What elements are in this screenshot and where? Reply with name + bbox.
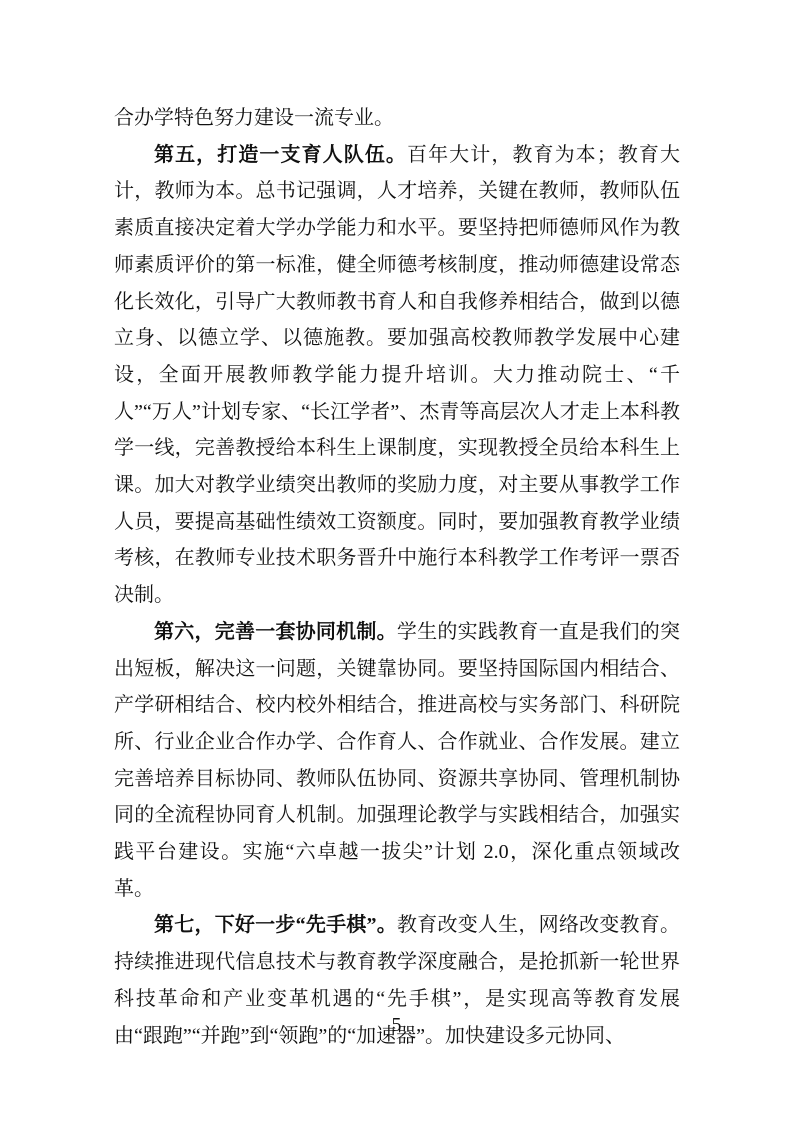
paragraph-text: 合办学特色努力建设一流专业。 [114, 107, 394, 129]
document-page: 合办学特色努力建设一流专业。 第五，打造一支育人队伍。百年大计，教育为本；教育大… [0, 0, 793, 1122]
paragraph-text: 百年大计，教育为本；教育大计，教师为本。总书记强调，人才培养，关键在教师，教师队… [114, 144, 680, 606]
paragraph-point-5: 第五，打造一支育人队伍。百年大计，教育为本；教育大计，教师为本。总书记强调，人才… [114, 137, 680, 614]
paragraph-continuation: 合办学特色努力建设一流专业。 [114, 100, 680, 137]
paragraph-text: 学生的实践教育一直是我们的突出短板，解决这一问题，关键靠协同。要坚持国际国内相结… [114, 621, 680, 900]
paragraph-lead: 第六，完善一套协同机制。 [154, 621, 397, 643]
document-body: 合办学特色努力建设一流专业。 第五，打造一支育人队伍。百年大计，教育为本；教育大… [114, 100, 680, 1054]
paragraph-point-6: 第六，完善一套协同机制。学生的实践教育一直是我们的突出短板，解决这一问题，关键靠… [114, 614, 680, 908]
paragraph-lead: 第七，下好一步“先手棋”。 [154, 914, 397, 936]
page-number: 5 [0, 1012, 793, 1038]
paragraph-lead: 第五，打造一支育人队伍。 [154, 144, 407, 166]
